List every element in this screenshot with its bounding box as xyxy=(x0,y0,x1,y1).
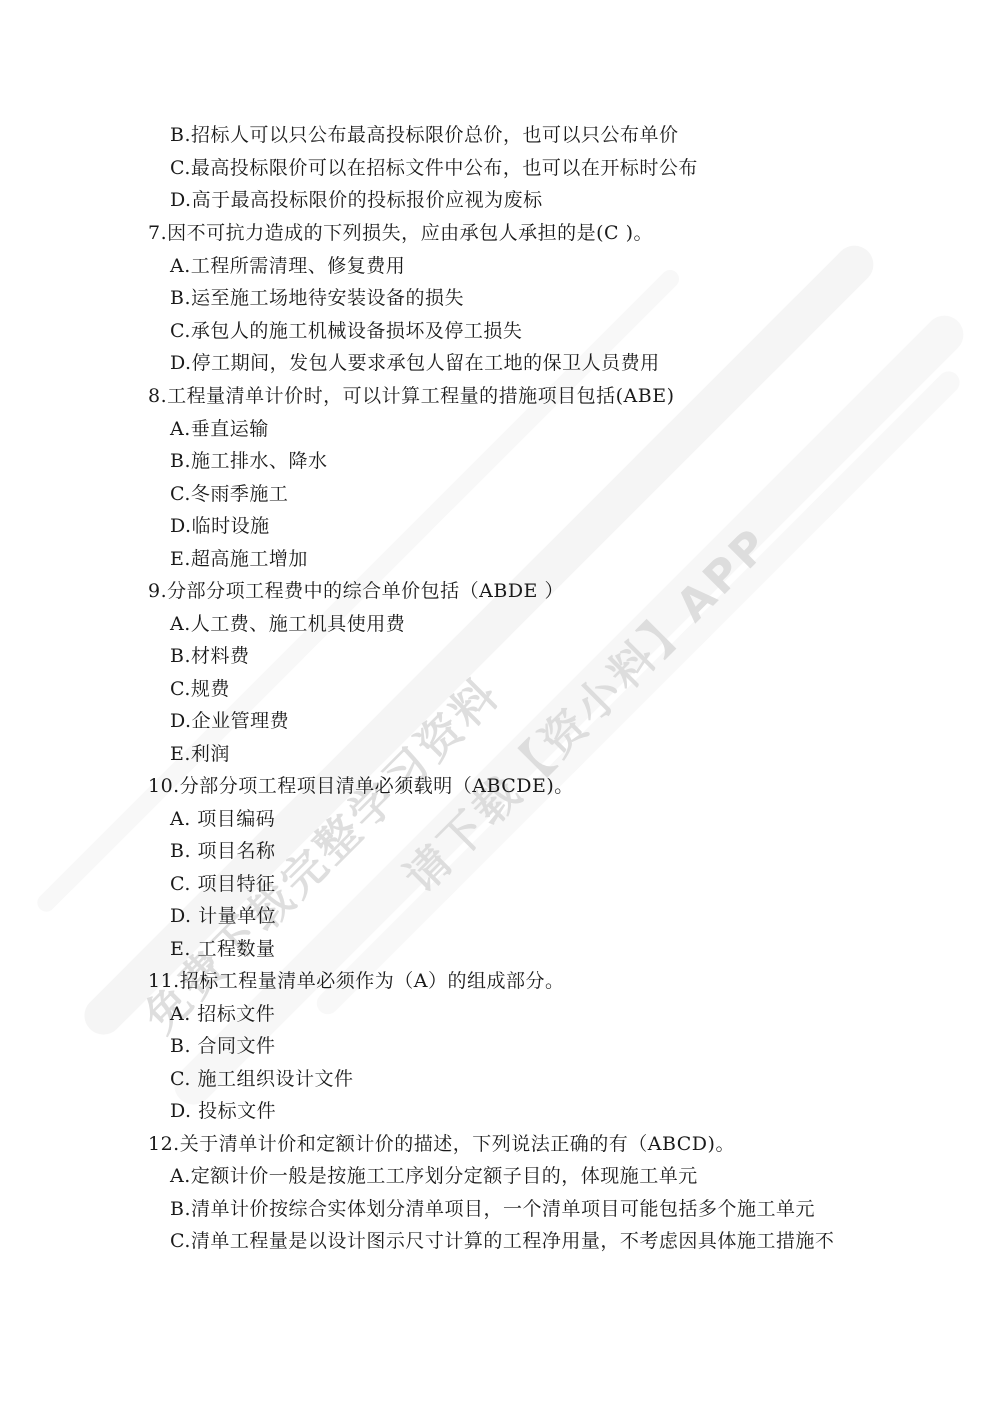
answer-option: C. 项目特征 xyxy=(170,871,275,897)
question-text: 12.关于清单计价和定额计价的描述，下列说法正确的有（ABCD)。 xyxy=(148,1131,735,1157)
answer-option: B.材料费 xyxy=(170,643,250,669)
answer-option: B.施工排水、降水 xyxy=(170,448,328,474)
answer-option: A. 项目编码 xyxy=(170,806,275,832)
question-text: 10.分部分项工程项目清单必须载明（ABCDE)。 xyxy=(148,773,574,799)
watermark-stripe xyxy=(312,367,964,1019)
answer-option: A.垂直运输 xyxy=(170,416,269,442)
answer-option: C.清单工程量是以设计图示尺寸计算的工程净用量，不考虑因具体施工措施不 xyxy=(170,1228,834,1254)
answer-option: A.定额计价一般是按施工工序划分定额子目的，体现施工单元 xyxy=(170,1163,698,1189)
question-text: 9.分部分项工程费中的综合单价包括（ABDE ） xyxy=(148,578,564,604)
watermark-text-2: 请下载【资小料】APP xyxy=(387,510,782,905)
question-text: 7.因不可抗力造成的下列损失，应由承包人承担的是(C )。 xyxy=(148,220,653,246)
answer-option: D.高于最高投标限价的投标报价应视为废标 xyxy=(170,187,543,213)
answer-option: C.承包人的施工机械设备损坏及停工损失 xyxy=(170,318,522,344)
answer-option: B.运至施工场地待安装设备的损失 xyxy=(170,285,464,311)
answer-option: E. 工程数量 xyxy=(170,936,275,962)
answer-option: B. 项目名称 xyxy=(170,838,276,864)
answer-option: D. 计量单位 xyxy=(170,903,276,929)
answer-option: D. 投标文件 xyxy=(170,1098,276,1124)
answer-option: E.超高施工增加 xyxy=(170,546,308,572)
answer-option: B.招标人可以只公布最高投标限价总价，也可以只公布单价 xyxy=(170,122,679,148)
question-text: 8.工程量清单计价时，可以计算工程量的措施项目包括(ABE) xyxy=(148,383,675,409)
answer-option: B.清单计价按综合实体划分清单项目，一个清单项目可能包括多个施工单元 xyxy=(170,1196,815,1222)
answer-option: D.停工期间，发包人要求承包人留在工地的保卫人员费用 xyxy=(170,350,660,376)
answer-option: A.人工费、施工机具使用费 xyxy=(170,611,405,637)
answer-option: E.利润 xyxy=(170,741,230,767)
answer-option: C.冬雨季施工 xyxy=(170,481,288,507)
answer-option: C.最高投标限价可以在招标文件中公布，也可以在开标时公布 xyxy=(170,155,698,181)
answer-option: A. 招标文件 xyxy=(170,1001,275,1027)
answer-option: C.规费 xyxy=(170,676,230,702)
answer-option: A.工程所需清理、修复费用 xyxy=(170,253,405,279)
answer-option: B. 合同文件 xyxy=(170,1033,276,1059)
answer-option: D.企业管理费 xyxy=(170,708,289,734)
answer-option: D.临时设施 xyxy=(170,513,270,539)
question-text: 11.招标工程量清单必须作为（A）的组成部分。 xyxy=(148,968,564,994)
answer-option: C. 施工组织设计文件 xyxy=(170,1066,353,1092)
